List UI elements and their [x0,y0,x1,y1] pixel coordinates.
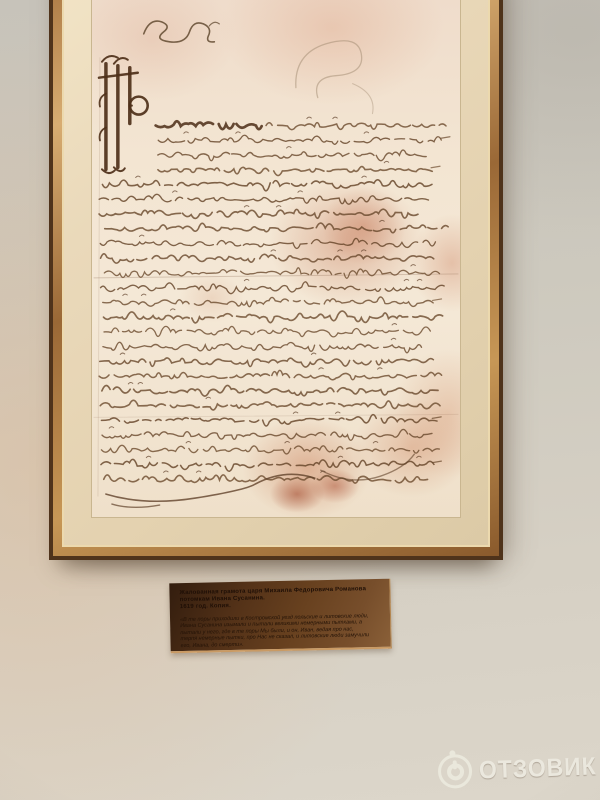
frame-inner-lip [62,0,490,547]
handwriting-svg [92,0,460,517]
framed-manuscript [49,0,503,560]
mat-board [91,0,461,518]
otzovik-watermark: ОТЗОВИК [437,749,600,789]
museum-label-plaque: Жалованная грамота царя Михаила Федорови… [169,579,391,654]
plaque-quote-block: «В те поры приходили в Костромской уезд … [180,613,381,650]
otzovik-logo-icon [437,754,472,789]
museum-photo: Жалованная грамота царя Михаила Федорови… [0,0,600,800]
watermark-text: ОТЗОВИК [479,752,597,785]
manuscript-paper [92,0,460,517]
